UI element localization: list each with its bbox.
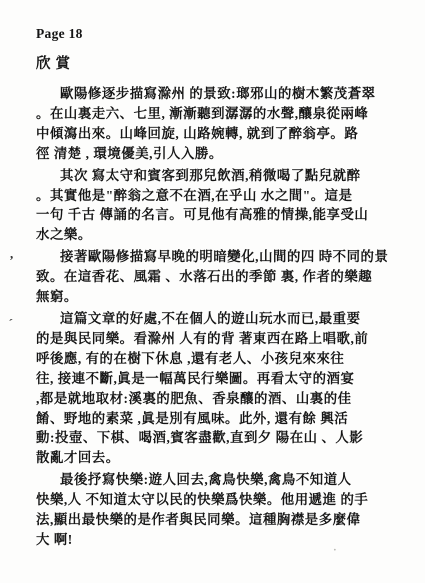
- text-line: 這篇文章的好處,不在個人的遊山玩水而已,最重要: [36, 309, 394, 329]
- text-line: 中傾瀉出來。山峰回旋, 山路婉轉, 就到了醉翁亭。路: [36, 124, 394, 144]
- text-line: 動:投壺、下棋、喝酒,賓客盡歡,直到夕 陽在山 、人影: [36, 428, 394, 448]
- text-line: 最後抒寫快樂:遊人回去,禽鳥快樂,禽鳥不知道人: [36, 470, 394, 490]
- section-heading: 欣賞: [36, 52, 75, 73]
- text-line: 其次 寫太守和賓客到那兒飲酒,稍微喝了點兒就醉: [36, 166, 394, 186]
- scan-artifact-speck: ·: [333, 544, 337, 556]
- paragraph-scenery: 歐陽修逐步描寫滁州 的景致:瑯邪山的樹木繁茂蒼翠 。在山裏走六、七里, 漸漸聽到…: [36, 84, 394, 164]
- scan-artifact-comma: ,: [10, 246, 13, 262]
- paragraph-seasons: 接著歐陽修描寫早晚的明暗變化,山間的四 時不同的景 致。在這香花、風霜 、水落石…: [36, 247, 394, 307]
- text-line: 法,顯出最快樂的是作者與民同樂。這種胸襟是多麼偉: [36, 510, 394, 530]
- text-line: 致。在這香花、風霜 、水落石出的季節 裏, 作者的樂趣: [36, 267, 394, 287]
- text-line: 接著歐陽修描寫早晚的明暗變化,山間的四 時不同的景: [36, 247, 394, 267]
- text-line: 。在山裏走六、七里, 漸漸聽到潺潺的水聲,釀泉從兩峰: [36, 104, 394, 124]
- text-line: 歐陽修逐步描寫滁州 的景致:瑯邪山的樹木繁茂蒼翠: [36, 84, 394, 104]
- text-line: 快樂,人 不知道太守以民的快樂爲快樂。他用遞進 的手: [36, 490, 394, 510]
- text-line: 無窮。: [36, 287, 394, 307]
- text-line: 一句 千古 傳誦的名言。可見他有高雅的情操,能享受山: [36, 205, 394, 225]
- text-line: 大 啊!: [36, 530, 394, 550]
- document-page: Page 18 欣賞 歐陽修逐步描寫滁州 的景致:瑯邪山的樹木繁茂蒼翠 。在山裏…: [0, 0, 425, 583]
- text-line: 水之樂。: [36, 225, 394, 245]
- page-label: Page 18: [36, 26, 83, 42]
- text-line: 散亂才回去。: [36, 448, 394, 468]
- text-line: ,都是就地取材:溪裏的肥魚、香泉釀的酒、山裏的佳: [36, 389, 394, 409]
- scan-artifact-tick: ´: [7, 316, 14, 332]
- text-line: 呼後應, 有的在樹下休息 ,還有老人、小孩兒來來往: [36, 349, 394, 369]
- text-line: 往, 接連不斷,眞是一幅萬民行樂圖。再看太守的酒宴: [36, 369, 394, 389]
- paragraph-drinking: 其次 寫太守和賓客到那兒飲酒,稍微喝了點兒就醉 。其實他是"醉翁之意不在酒,在乎…: [36, 166, 394, 246]
- text-line: 的是與民同樂。看滁州 人有的背 著東西在路上唱歌,前: [36, 329, 394, 349]
- paragraph-people: 這篇文章的好處,不在個人的遊山玩水而已,最重要 的是與民同樂。看滁州 人有的背 …: [36, 309, 394, 468]
- text-line: 。其實他是"醉翁之意不在酒,在乎山 水之間"。這是: [36, 186, 394, 206]
- text-line: 徑 清楚 , 環境優美,引人入勝。: [36, 144, 394, 164]
- text-line: 餚、野地的素菜 ,眞是別有風味。此外, 還有餘 興活: [36, 409, 394, 429]
- document-body: 歐陽修逐步描寫滁州 的景致:瑯邪山的樹木繁茂蒼翠 。在山裏走六、七里, 漸漸聽到…: [36, 84, 394, 552]
- paragraph-happiness: 最後抒寫快樂:遊人回去,禽鳥快樂,禽鳥不知道人 快樂,人 不知道太守以民的快樂爲…: [36, 470, 394, 550]
